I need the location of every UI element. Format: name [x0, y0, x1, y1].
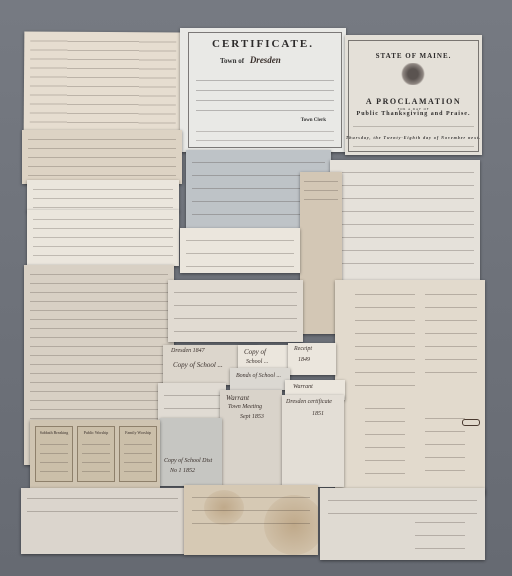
state-seal-icon — [400, 63, 426, 85]
certificate-town: Dresden — [250, 55, 281, 65]
docket-8: Dresden certificate 1851 — [282, 395, 344, 487]
maine-proclamation: STATE OF MAINE. A PROCLAMATION FOR A DAY… — [345, 35, 482, 155]
handwritten-letter-top-left — [24, 31, 183, 132]
handwritten-name-list — [335, 280, 485, 495]
handwritten-letter-left-2 — [27, 180, 179, 212]
certificate-footer-label: Town Clerk — [301, 118, 326, 123]
handwritten-note-center-1 — [180, 228, 300, 273]
printed-tract-folded: Sabbath Breaking Public Worship Family W… — [30, 420, 160, 488]
handwritten-letter-bottom-left — [21, 488, 184, 554]
paper-clip-icon — [462, 419, 480, 426]
photo-background: CERTIFICATE. Town of Dresden Town Clerk … — [0, 0, 512, 576]
certificate-title: CERTIFICATE. — [180, 38, 346, 50]
certificate-subtitle: Town of — [220, 57, 244, 65]
handwritten-letter-left-1 — [22, 130, 182, 184]
proclamation-title: A PROCLAMATION — [345, 97, 482, 106]
town-certificate: CERTIFICATE. Town of Dresden Town Clerk — [180, 28, 346, 152]
proclamation-state: STATE OF MAINE. — [345, 52, 482, 60]
proclamation-subtitle: Public Thanksgiving and Praise. — [345, 111, 482, 117]
handwritten-letter-bottom-right — [320, 488, 485, 560]
docket-5 — [158, 383, 226, 421]
docket-6: Warrant Town Meeting Sept 1853 — [220, 390, 282, 485]
handwritten-letter-right — [330, 160, 480, 280]
docket-3: Receipt 1849 — [288, 343, 336, 375]
docket-4: Bonds of School ... — [230, 368, 290, 390]
handwritten-letter-left-3 — [27, 210, 179, 266]
docket-9: Copy of School Dist No 1 1852 — [160, 418, 222, 486]
proclamation-date: Thursday, the Twenty-Eighth day of Novem… — [345, 135, 482, 140]
handwritten-note-center-2 — [168, 280, 303, 342]
stained-letter-bottom-center — [184, 485, 318, 555]
